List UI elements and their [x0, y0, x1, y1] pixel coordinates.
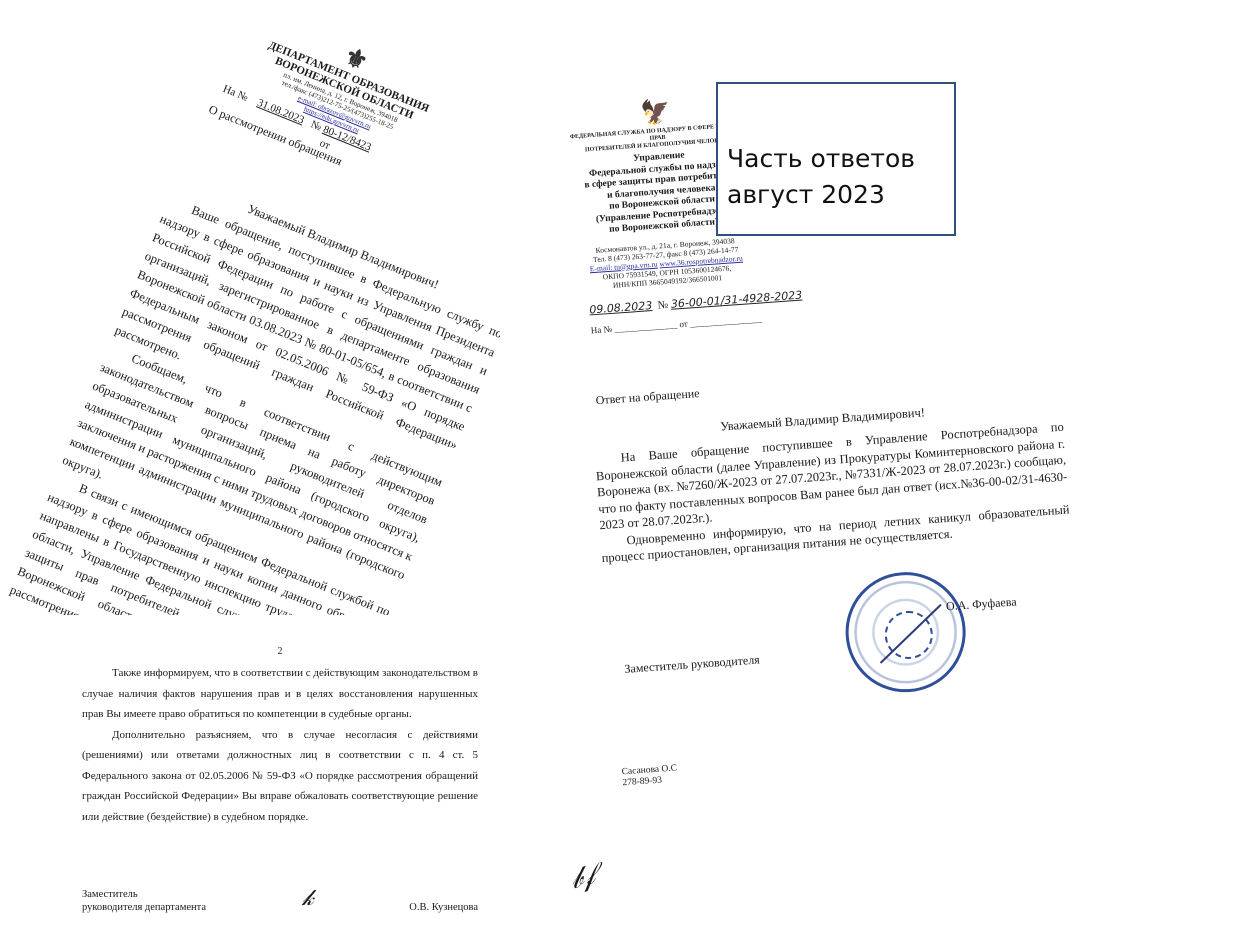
executor-name: Сасанова О.С — [621, 763, 677, 777]
signer-role-line1: Заместитель — [82, 889, 138, 900]
incoming-label: На № — [590, 324, 612, 335]
letter-2-signer-role: Заместитель руководителя — [624, 652, 760, 676]
department-contacts: Космонавтов ул., д. 21а, г. Воронеж, 394… — [570, 234, 763, 292]
outgoing-date: 09.08.2023 — [589, 299, 653, 316]
caption-box: Часть ответов август 2023 — [716, 82, 956, 236]
letter-2-signer-name: О.А. Фуфаева — [945, 594, 1017, 614]
executor-phone: 278-89-93 — [622, 776, 662, 789]
letter-2-body: На Ваше обращение поступившее в Управлен… — [594, 419, 1071, 567]
signer-role-line2: руководителя департамента — [82, 902, 206, 913]
letter-2-subject: Ответ на обращение — [595, 386, 700, 408]
signer-name: О.В. Кузнецова — [409, 901, 478, 914]
page-number: 2 — [82, 645, 478, 659]
signer-role: Заместитель руководителя департамента — [82, 888, 206, 914]
letter-1-page-1: ⚜ ДЕПАРТАМЕНТ ОБРАЗОВАНИЯ ВОРОНЕЖСКОЙ ОБ… — [0, 0, 500, 615]
handwritten-signature-icon: 𝓀 — [302, 892, 314, 905]
ref-num-label: № — [309, 118, 323, 133]
incoming-from-label: от — [679, 319, 688, 330]
letter-2-dateline: 09.08.2023 № 36-00-01/31-4928-2023 — [589, 289, 803, 317]
letter-1-page-2: 2 Также информируем, что в соответствии … — [82, 645, 478, 827]
official-seal-stamp-icon — [842, 568, 970, 696]
caption-line2: август 2023 — [727, 177, 954, 213]
handwritten-signature-icon: 𝒷𝒻 — [566, 857, 598, 896]
caption-line1: Часть ответов — [727, 141, 954, 177]
letter-2-incoming-ref: На № ______________ от ________________ — [590, 313, 762, 335]
page-2-paragraph: Дополнительно разъясняем, что в случае н… — [82, 725, 478, 828]
outgoing-number: 36-00-01/31-4928-2023 — [670, 289, 802, 311]
page-2-paragraph: Также информируем, что в соответствии с … — [82, 663, 478, 725]
letter-2-executor: Сасанова О.С 278-89-93 — [621, 763, 678, 789]
letter-1-body: Уважаемый Владимир Владимирович! Ваше об… — [7, 170, 500, 615]
outgoing-num-label: № — [657, 299, 668, 312]
